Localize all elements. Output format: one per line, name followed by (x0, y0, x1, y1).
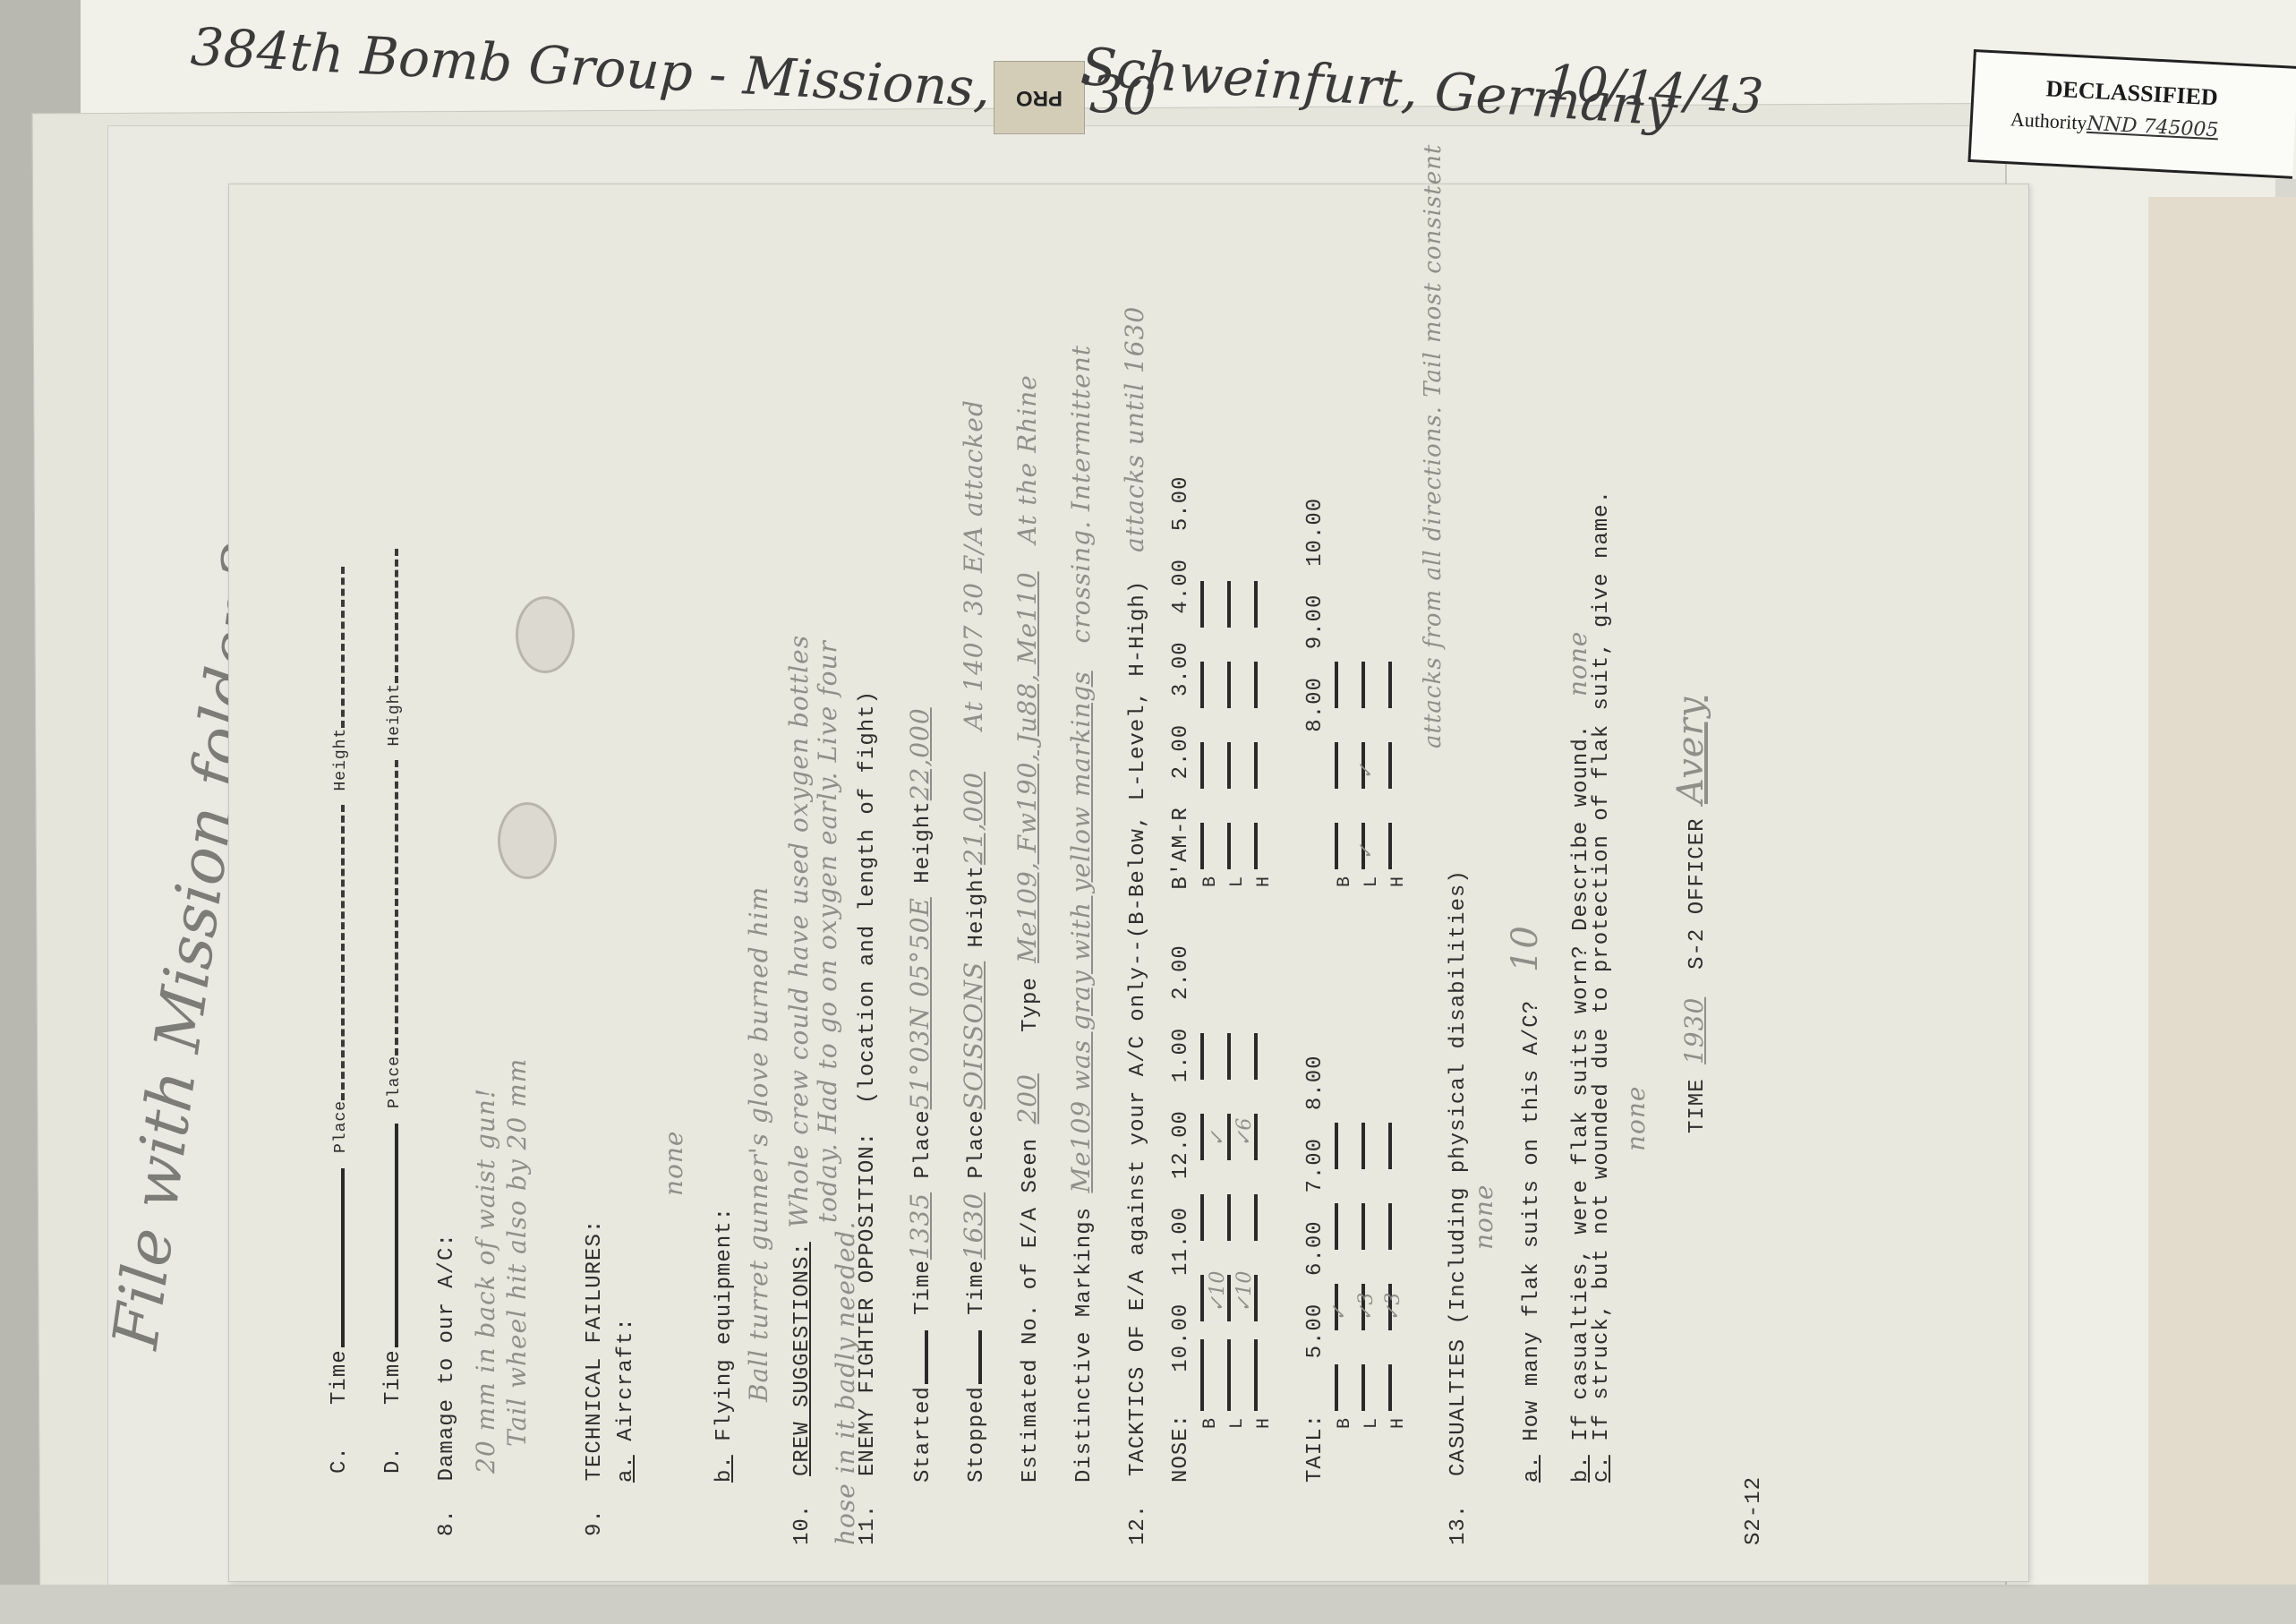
started-time-value[interactable]: 1335 (905, 1192, 935, 1260)
grid-cell[interactable] (1254, 662, 1258, 708)
item-13a: a. How many flak suits on this A/C? 10 (1505, 925, 1546, 1483)
tactics-mark: ✓ (1355, 844, 1378, 860)
time-value[interactable]: 1930 (1679, 997, 1709, 1064)
started-time-label: Time (911, 1260, 935, 1315)
grid-cell[interactable] (1388, 1203, 1392, 1250)
beam-clock: 3.00 (1169, 641, 1193, 697)
item-11-number: 11. (856, 1504, 880, 1545)
item-c-prefix: C. (328, 1446, 352, 1474)
started-height-value[interactable]: 22,000 (905, 707, 935, 800)
grid-cell[interactable] (1200, 742, 1204, 789)
item-9a: a. Aircraft: (614, 1317, 638, 1483)
grid-cell[interactable] (1254, 742, 1258, 789)
item-9-label: TECHNICAL FAILURES: (583, 1219, 607, 1482)
declassified-title: DECLASSIFIED (2045, 75, 2218, 111)
row-label-l: L (1227, 876, 1248, 887)
stopped-height-label: Height (965, 865, 989, 947)
grid-cell[interactable] (1227, 1194, 1231, 1241)
declassified-stamp: DECLASSIFIED AuthorityNND 745005 (1967, 49, 2296, 179)
grid-cell[interactable] (1254, 1339, 1258, 1411)
item-11: 11. ENEMY FIGHTER OPPOSITION: (location … (856, 690, 880, 1545)
beam-clock: 5.00 (1169, 476, 1193, 532)
authority-value: NND 745005 (2087, 113, 2219, 142)
started-place-value[interactable]: 51°03N 05°50E (905, 897, 935, 1109)
item-9-number: 9. (583, 1509, 607, 1536)
row-label-b: B (1335, 876, 1355, 887)
item-9a-label: Aircraft: (614, 1317, 638, 1441)
nose-header: NOSE: 10.00 11.00 12.00 1.00 2.00 B'AM-R… (1169, 476, 1193, 1483)
tail-clock: 8.00 (1303, 1056, 1327, 1111)
grid-cell[interactable] (1361, 1123, 1365, 1169)
item-c: C. Time Place Height (328, 567, 352, 1474)
item-c-height-field[interactable] (339, 567, 345, 728)
grid-cell[interactable] (1200, 1339, 1204, 1411)
item-11-label: ENEMY FIGHTER OPPOSITION: (856, 1132, 880, 1476)
started-place-label: Place (911, 1109, 935, 1178)
item-d-height-field[interactable] (393, 549, 398, 683)
margin-note-3: crossing. Intermittent (1066, 345, 1096, 644)
item-8-answer-1: 20 mm in back of waist gun! (471, 1088, 500, 1474)
form-paper: C. Time Place Height D. Time Place Heigh… (228, 184, 2029, 1582)
item-d-height-label: Height (386, 683, 404, 747)
tactics-mark: ✓3 (1355, 1293, 1378, 1321)
estimated-label: Estimated No. of E/A Seen (1019, 1138, 1043, 1483)
pro-tab[interactable]: PRO (994, 61, 1085, 134)
item-11-distinctive: Distinctive Markings Me109 was gray with… (1066, 345, 1097, 1483)
item-9b-answer: Ball turret gunner's glove burned him (744, 886, 773, 1402)
item-8-answer-2: Tail wheel hit also by 20 mm (502, 1058, 532, 1447)
item-9a-prefix: a. (614, 1455, 638, 1483)
item-8: 8. Damage to our A/C: (435, 1233, 459, 1536)
grid-cell[interactable] (1335, 1203, 1338, 1250)
item-13c-prefix: c. (1590, 1455, 1614, 1483)
item-c-time-label: Time (328, 1349, 352, 1405)
item-11-started: Started Time1335 Place51°03N 05°50E Heig… (905, 707, 935, 1483)
margin-note-4: attacks until 1630 (1120, 306, 1149, 552)
grid-cell[interactable] (1200, 581, 1204, 628)
grid-cell[interactable] (1227, 1033, 1231, 1080)
row-label-l: L (1361, 876, 1382, 887)
grid-cell[interactable] (1200, 662, 1204, 708)
nose-clock: 10.00 (1169, 1303, 1193, 1372)
officer-label: S-2 OFFICER (1686, 817, 1710, 969)
grid-cell[interactable] (1335, 1123, 1338, 1169)
form-code: S2-12 (1742, 1476, 1766, 1545)
item-9b-prefix: b. (713, 1455, 737, 1483)
item-13: 13. CASUALTIES (Including physical disab… (1447, 869, 1471, 1545)
row-label-h: H (1254, 1418, 1275, 1429)
grid-cell[interactable] (1388, 742, 1392, 789)
row-label-b: B (1200, 876, 1221, 887)
distinctive-label: Distinctive Markings (1072, 1207, 1097, 1483)
time-label: TIME (1686, 1078, 1710, 1133)
officer-signature[interactable]: Avery (1670, 697, 1711, 804)
beam-label: B'AM-R (1169, 807, 1193, 889)
item-13b-answer: none (1563, 631, 1592, 697)
authority-line: AuthorityNND 745005 (2010, 107, 2219, 141)
nose-clock: 1.00 (1169, 1028, 1193, 1083)
grid-cell[interactable] (1227, 662, 1231, 708)
started-label: Started (911, 1386, 935, 1483)
item-12: 12. TACKTICS OF E/A against your A/C onl… (1120, 306, 1150, 1545)
grid-cell[interactable] (1361, 1203, 1365, 1250)
grid-cell[interactable] (1335, 742, 1338, 789)
grid-cell[interactable] (1227, 1339, 1231, 1411)
stopped-place-value[interactable]: SOISSONS (959, 962, 988, 1110)
item-d-place-field[interactable] (393, 760, 398, 1056)
grid-cell[interactable] (1335, 823, 1338, 869)
row-label-h: H (1254, 876, 1275, 887)
grid-cell[interactable] (1254, 1194, 1258, 1241)
stopped-time-value[interactable]: 1630 (959, 1192, 988, 1260)
distinctive-value[interactable]: Me109 was gray with yellow markings (1066, 671, 1096, 1192)
item-d: D. Time Place Height (381, 549, 405, 1474)
item-d-time-label: Time (381, 1349, 405, 1405)
grid-cell[interactable] (1335, 662, 1338, 708)
item-13b: b. If casualties, were flak suits worn? … (1563, 631, 1593, 1483)
grid-cell[interactable] (1388, 1364, 1392, 1411)
tactics-mark: ✓ (1207, 1131, 1229, 1147)
item-9a-answer: none (659, 1131, 688, 1197)
item-10: 10. CREW SUGGESTIONS: Whole crew could h… (784, 635, 815, 1545)
item-c-height-label: Height (332, 728, 350, 791)
row-label-h: H (1388, 1418, 1409, 1429)
tactics-mark: ✓ (1355, 764, 1378, 780)
grid-cell[interactable] (1361, 662, 1365, 708)
grid-cell[interactable] (1254, 823, 1258, 869)
started-height-label: Height (911, 800, 935, 883)
row-label-h: H (1388, 876, 1409, 887)
item-10-answer-1: Whole crew could have used oxygen bottle… (784, 635, 814, 1228)
item-13a-label: How many flak suits on this A/C? (1520, 1000, 1544, 1441)
beam-clock: 4.00 (1169, 559, 1193, 614)
tail-header: TAIL: 5.00 6.00 7.00 8.00 8.00 9.00 10.0… (1303, 498, 1327, 1483)
grid-cell[interactable] (1254, 1033, 1258, 1080)
grid-cell[interactable] (1227, 742, 1231, 789)
item-d-place-label: Place (386, 1056, 404, 1108)
grid-cell[interactable] (1200, 1194, 1204, 1241)
stopped-blank (977, 1330, 982, 1384)
nose-label: NOSE: (1169, 1414, 1193, 1483)
item-13c: c. If struck, but not wounded due to pro… (1590, 490, 1614, 1483)
grid-cell[interactable] (1227, 581, 1231, 628)
item-13c-label: If struck, but not wounded due to protec… (1590, 490, 1614, 1441)
type-label: Type (1019, 977, 1043, 1032)
row-label-l: L (1227, 1418, 1248, 1429)
paper-bottom-edge (0, 1585, 2296, 1624)
item-13a-answer: 10 (1505, 925, 1546, 972)
paper-stack-edge (2148, 197, 2296, 1624)
item-10-number: 10. (790, 1504, 815, 1545)
grid-cell[interactable] (1200, 1275, 1204, 1321)
margin-note-2: At the Rhine (1012, 374, 1042, 543)
started-blank (923, 1330, 928, 1384)
grid-cell[interactable] (1200, 1033, 1204, 1080)
tactics-margin-note: attacks from all directions. Tail most c… (1420, 144, 1447, 748)
grid-cell[interactable] (1254, 581, 1258, 628)
item-13-label: CASUALTIES (Including physical disabilit… (1447, 869, 1471, 1476)
tactics-mark: ✓10 (1233, 1271, 1256, 1312)
tail-clock: 8.00 (1303, 677, 1327, 732)
grid-cell[interactable] (1227, 823, 1231, 869)
tactics-mark: ✓ (1328, 1305, 1351, 1321)
tactics-mark: ✓6 (1233, 1118, 1256, 1147)
row-label-l: L (1361, 1418, 1382, 1429)
grid-cell[interactable] (1335, 1364, 1338, 1411)
grid-cell[interactable] (1388, 1123, 1392, 1169)
item-13a-prefix: a. (1520, 1455, 1544, 1483)
item-10-answer-2: today. Had to go on oxygen early. Live f… (813, 640, 842, 1223)
item-c-time-field[interactable] (339, 1168, 345, 1347)
stopped-time-label: Time (965, 1260, 989, 1315)
item-13-number: 13. (1447, 1504, 1471, 1545)
item-13c-answer: none (1621, 1086, 1651, 1152)
beam-clock: 2.00 (1169, 724, 1193, 780)
grid-cell[interactable] (1200, 823, 1204, 869)
item-11-sublabel: (location and length of fight) (856, 690, 880, 1104)
row-label-b: B (1200, 1418, 1221, 1429)
tail-clock: 9.00 (1303, 594, 1327, 650)
tail-clock: 6.00 (1303, 1220, 1327, 1276)
grid-cell[interactable] (1361, 1364, 1365, 1411)
footer-time-officer: TIME 1930 S-2 OFFICER Avery (1670, 697, 1711, 1133)
item-9: 9. TECHNICAL FAILURES: (583, 1219, 607, 1536)
estimated-value[interactable]: 200 (1012, 1073, 1042, 1124)
type-value[interactable]: Me109, Fw190, Ju88, Me110 (1012, 571, 1042, 963)
margin-note-1: At 1407 30 E/A attacked (959, 399, 988, 731)
item-8-label: Damage to our A/C: (435, 1233, 459, 1481)
item-12-label: TACKTICS OF E/A against your A/C only--(… (1126, 580, 1150, 1476)
nose-clock: 2.00 (1169, 944, 1193, 1000)
item-11-stopped: Stopped Time1630 PlaceSOISSONS Height21,… (959, 399, 989, 1483)
grid-cell[interactable] (1200, 1114, 1204, 1160)
item-d-prefix: D. (381, 1446, 405, 1474)
row-label-b: B (1335, 1418, 1355, 1429)
item-c-place-field[interactable] (339, 805, 345, 1100)
item-d-time-field[interactable] (393, 1124, 398, 1347)
grid-cell[interactable] (1388, 823, 1392, 869)
tactics-mark: ✓3 (1382, 1293, 1404, 1321)
nose-clock: 11.00 (1169, 1207, 1193, 1276)
item-9b-label: Flying equipment: (713, 1207, 737, 1441)
stopped-label: Stopped (965, 1386, 989, 1483)
tail-clock: 10.00 (1303, 498, 1327, 567)
tail-label: TAIL: (1303, 1414, 1327, 1483)
authority-label: Authority (2010, 107, 2087, 133)
item-10-label: CREW SUGGESTIONS: (790, 1242, 815, 1476)
item-8-number: 8. (435, 1509, 459, 1536)
nose-clock: 12.00 (1169, 1110, 1193, 1179)
pro-tab-label: PRO (1016, 85, 1063, 110)
form-content: C. Time Place Height D. Time Place Heigh… (229, 184, 2028, 1581)
item-11-estimated: Estimated No. of E/A Seen 200 Type Me109… (1012, 374, 1043, 1483)
tail-clock: 7.00 (1303, 1138, 1327, 1193)
item-13-answer: none (1469, 1184, 1498, 1251)
grid-cell[interactable] (1388, 662, 1392, 708)
tactics-mark: ✓10 (1207, 1271, 1229, 1312)
tail-clock: 5.00 (1303, 1303, 1327, 1359)
stopped-height-value[interactable]: 21,000 (959, 772, 988, 865)
stopped-place-label: Place (965, 1109, 989, 1178)
item-9b: b. Flying equipment: (713, 1207, 737, 1483)
item-12-number: 12. (1126, 1504, 1150, 1545)
item-c-place-label: Place (332, 1100, 350, 1153)
